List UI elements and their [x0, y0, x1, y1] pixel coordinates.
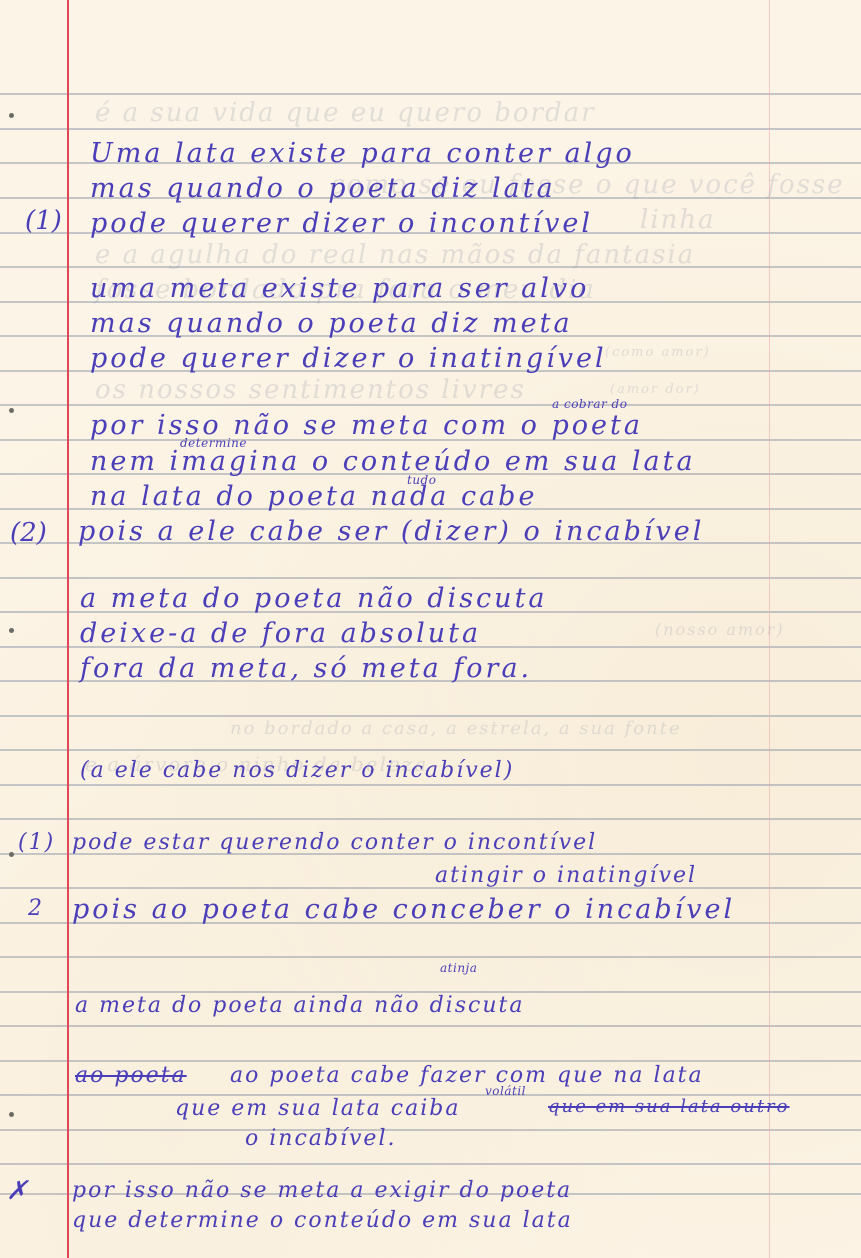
manuscript-line: fora da meta, só meta fora. — [80, 655, 532, 682]
manuscript-line: uma meta existe para ser alvo — [90, 275, 589, 302]
bleed-through-text: é a sua vida que eu quero bordar — [95, 98, 596, 128]
manuscript-line: Uma lata existe para conter algo — [90, 140, 635, 167]
line-marker: 2 — [28, 898, 44, 920]
rule-line — [0, 128, 861, 130]
struck-text: ao poeta — [75, 1065, 187, 1087]
rule-line — [0, 1163, 861, 1165]
manuscript-line: por isso não se meta a exigir do poeta — [72, 1180, 572, 1202]
rule-line — [0, 715, 861, 717]
manuscript-line: pode estar querendo conter o incontível — [72, 832, 597, 854]
manuscript-line: mas quando o poeta diz lata — [90, 175, 556, 202]
manuscript-line: pode querer dizer o inatingível — [90, 345, 607, 372]
punch-hole — [9, 628, 14, 633]
manuscript-line: pois a ele cabe ser (dizer) o incabível — [78, 518, 704, 545]
manuscript-line: por isso não se meta com o poeta — [90, 412, 643, 439]
punch-hole — [9, 852, 14, 857]
manuscript-insertion: a cobrar do — [552, 398, 627, 410]
manuscript-line: ao poeta cabe fazer com que na lata — [230, 1065, 704, 1087]
rule-line — [0, 818, 861, 820]
rule-line — [0, 1129, 861, 1131]
manuscript-line: a meta do poeta ainda não discuta — [75, 995, 524, 1017]
bleed-through-text: (nosso amor) — [655, 620, 785, 639]
bleed-through-text: e a agulha do real nas mãos da fantasia — [95, 240, 695, 270]
rule-line — [0, 749, 861, 751]
manuscript-line: a meta do poeta não discuta — [80, 585, 548, 612]
manuscript-line: (a ele cabe nos dizer o incabível) — [80, 760, 514, 782]
manuscript-line: o incabível. — [245, 1128, 396, 1150]
manuscript-line: pode querer dizer o incontível — [90, 210, 593, 237]
notebook-page: é a sua vida que eu quero bordar como se… — [0, 0, 861, 1258]
manuscript-line: que em sua lata caiba — [175, 1098, 460, 1120]
line-marker: ✗ — [6, 1178, 28, 1204]
line-marker: (2) — [10, 520, 47, 546]
manuscript-line: pois ao poeta cabe conceber o incabível — [72, 896, 735, 923]
rule-line — [0, 784, 861, 786]
line-marker: (1) — [18, 832, 55, 854]
manuscript-line: que determine o conteúdo em sua lata — [72, 1210, 573, 1232]
struck-text: que em sua lata outro — [548, 1098, 790, 1116]
manuscript-line: nem imagina o conteúdo em sua lata — [90, 448, 696, 475]
line-marker: (1) — [25, 208, 62, 234]
manuscript-line: na lata do poeta nada cabe — [90, 483, 537, 510]
punch-hole — [9, 408, 14, 413]
manuscript-line: deixe-a de fora absoluta — [80, 620, 481, 647]
rule-line — [0, 577, 861, 579]
bleed-through-text: linha — [640, 205, 716, 235]
rule-line — [0, 1060, 861, 1062]
bleed-through-text: (como amor) — [605, 345, 711, 360]
rule-line — [0, 956, 861, 958]
rule-line — [0, 93, 861, 95]
bleed-through-text: os nossos sentimentos livres — [95, 375, 526, 405]
bleed-through-text: no bordado a casa, a estrela, a sua font… — [230, 718, 682, 739]
manuscript-insertion: volátil — [485, 1085, 526, 1097]
punch-hole — [9, 113, 14, 118]
left-margin-line — [67, 0, 69, 1258]
punch-hole — [9, 1112, 14, 1117]
manuscript-insertion: atinja — [440, 962, 477, 974]
bleed-through-text: (amor dor) — [610, 382, 701, 397]
manuscript-line: atingir o inatingível — [435, 865, 697, 887]
rule-line — [0, 1025, 861, 1027]
rule-line — [0, 887, 861, 889]
manuscript-line: mas quando o poeta diz meta — [90, 310, 573, 337]
